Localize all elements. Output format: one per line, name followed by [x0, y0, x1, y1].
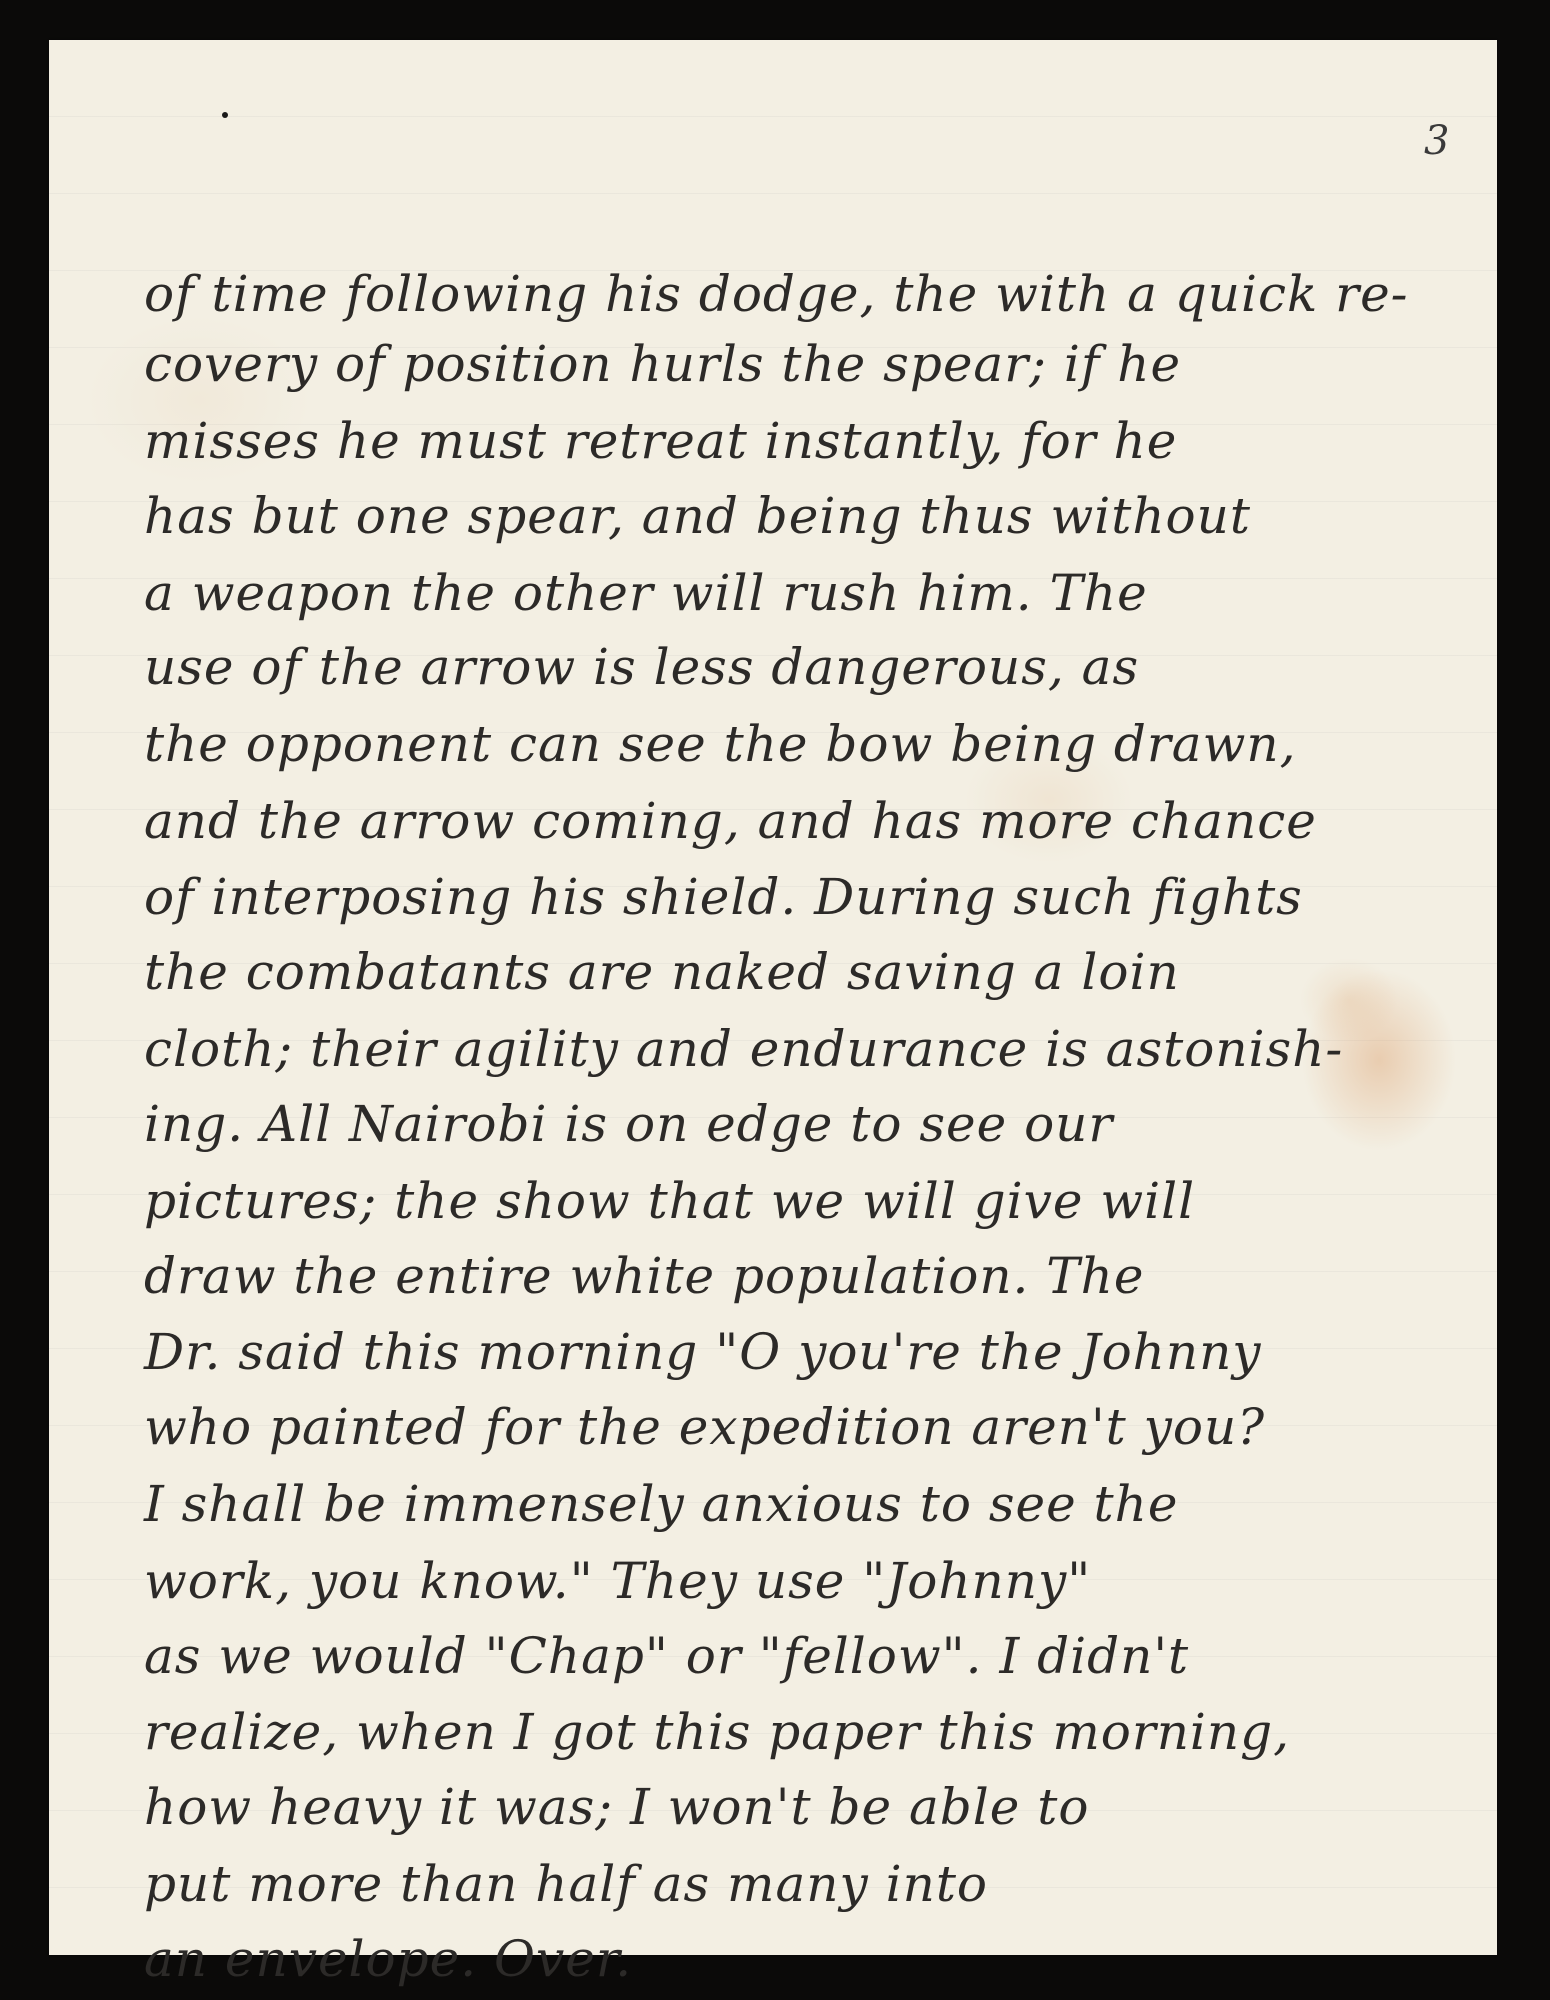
- text-line: work, you know." They use "Johnny": [144, 1552, 1091, 1610]
- text-line: realize, when I got this paper this morn…: [144, 1703, 1290, 1761]
- text-line: draw the entire white population. The: [144, 1247, 1144, 1305]
- text-line: misses he must retreat instantly, for he: [144, 412, 1177, 470]
- text-line: covery of position hurls the spear; if h…: [144, 335, 1181, 393]
- text-line: I shall be immensely anxious to see the: [144, 1475, 1178, 1533]
- text-line: the opponent can see the bow being drawn…: [144, 715, 1297, 773]
- page-number: 3: [1424, 118, 1449, 164]
- text-line: who painted for the expedition aren't yo…: [144, 1398, 1265, 1456]
- text-line: Dr. said this morning "O you're the John…: [144, 1323, 1262, 1381]
- text-line: has but one spear, and being thus withou…: [144, 487, 1251, 545]
- text-line: an envelope. Over.: [144, 1930, 632, 1988]
- text-line: of time following his dodge, the with a …: [144, 265, 1409, 323]
- text-line: cloth; their agility and endurance is as…: [144, 1020, 1343, 1078]
- text-line: as we would "Chap" or "fellow". I didn't: [144, 1627, 1189, 1685]
- text-line: pictures; the show that we will give wil…: [144, 1172, 1195, 1230]
- text-line: how heavy it was; I won't be able to: [144, 1778, 1089, 1836]
- ink-dot: [222, 112, 228, 118]
- text-line: use of the arrow is less dangerous, as: [144, 638, 1139, 696]
- text-line: and the arrow coming, and has more chanc…: [144, 792, 1317, 850]
- letter-page: 3 of time following his dodge, the with …: [49, 40, 1497, 1955]
- text-line: put more than half as many into: [144, 1855, 988, 1913]
- text-line: of interposing his shield. During such f…: [144, 868, 1303, 926]
- text-line: a weapon the other will rush him. The: [144, 564, 1148, 622]
- text-line: ing. All Nairobi is on edge to see our: [144, 1095, 1113, 1153]
- text-line: the combatants are naked saving a loin: [144, 943, 1180, 1001]
